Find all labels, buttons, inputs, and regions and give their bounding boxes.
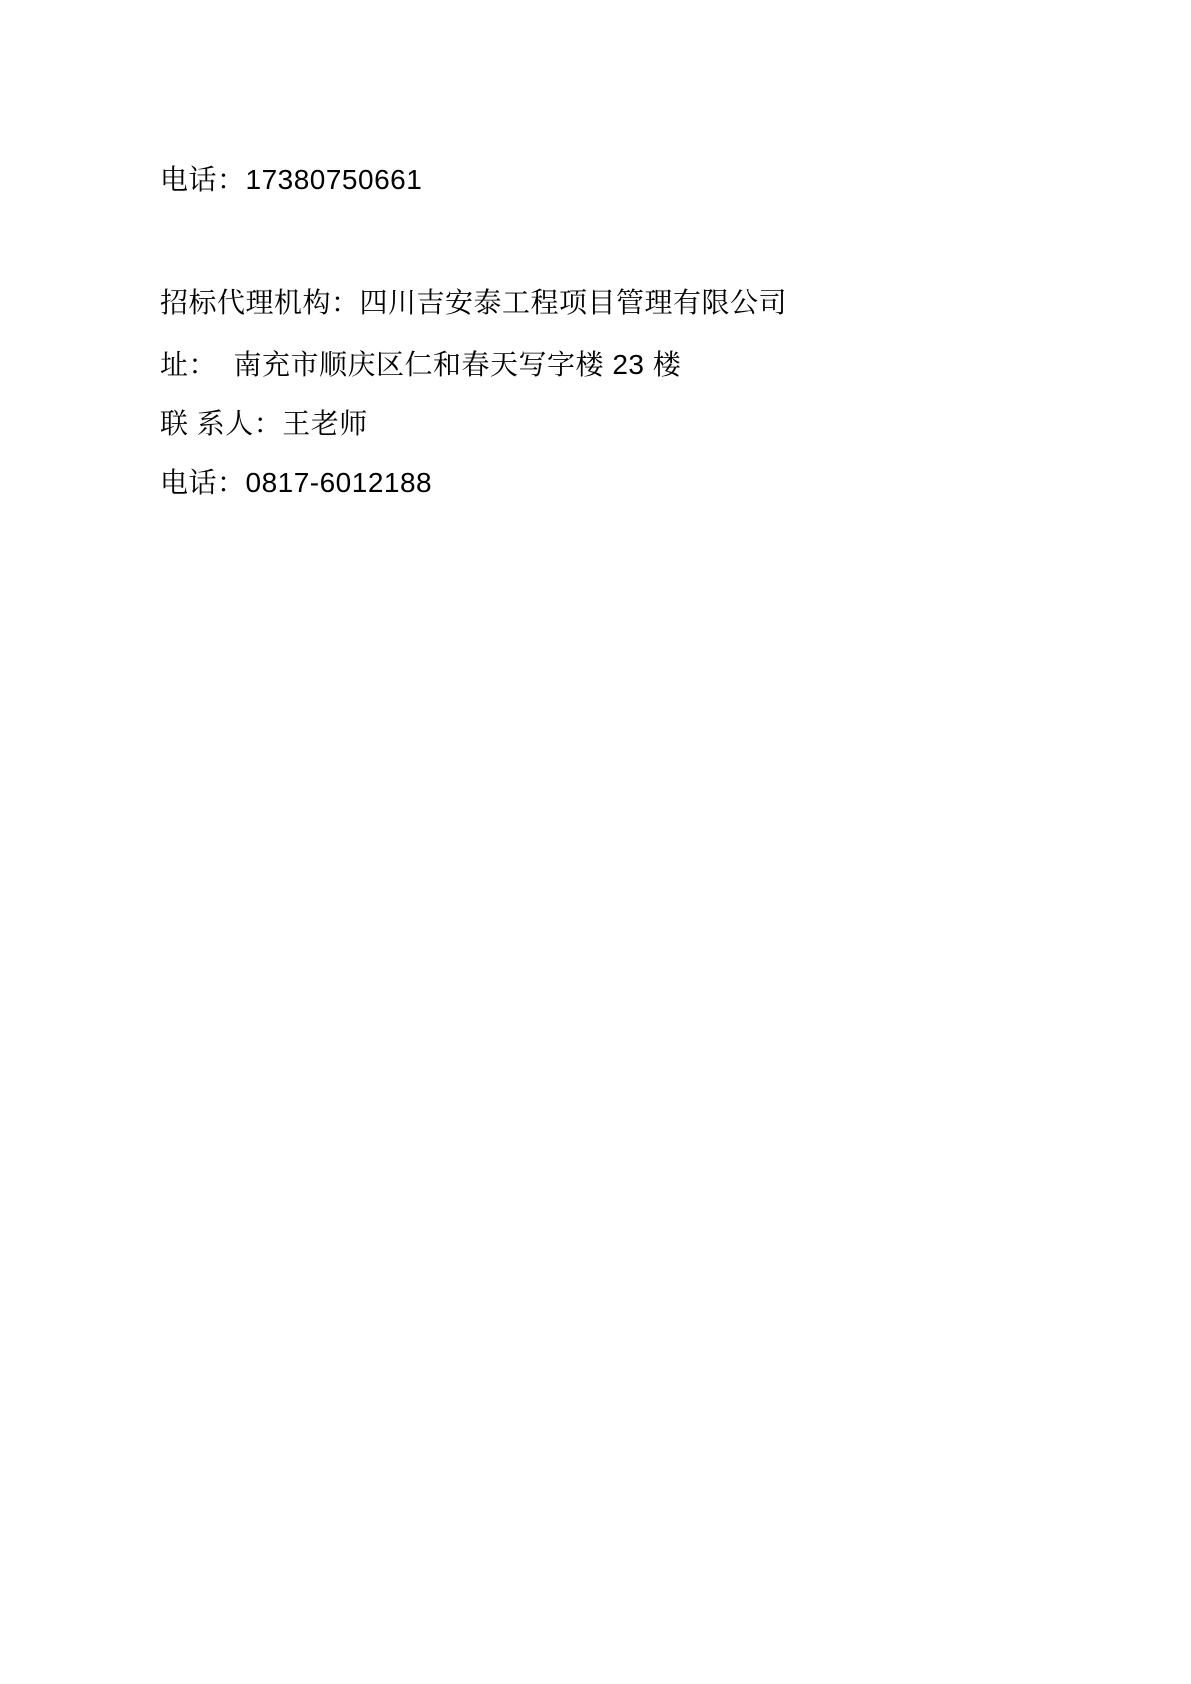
agency-phone-line: 电话：0817-6012188 (160, 453, 432, 513)
agency-contact-person-line: 联 系人：王老师 (160, 394, 368, 454)
document-page: 电话：17380750661 招标代理机构：四川吉安泰工程项目管理有限公司 址：… (0, 0, 1191, 1684)
agency-name-line: 招标代理机构：四川吉安泰工程项目管理有限公司 (160, 273, 787, 333)
agency-address-line: 址： 南充市顺庆区仁和春天写字楼 23 楼 (160, 335, 681, 395)
tenderer-phone-line: 电话：17380750661 (160, 150, 422, 210)
